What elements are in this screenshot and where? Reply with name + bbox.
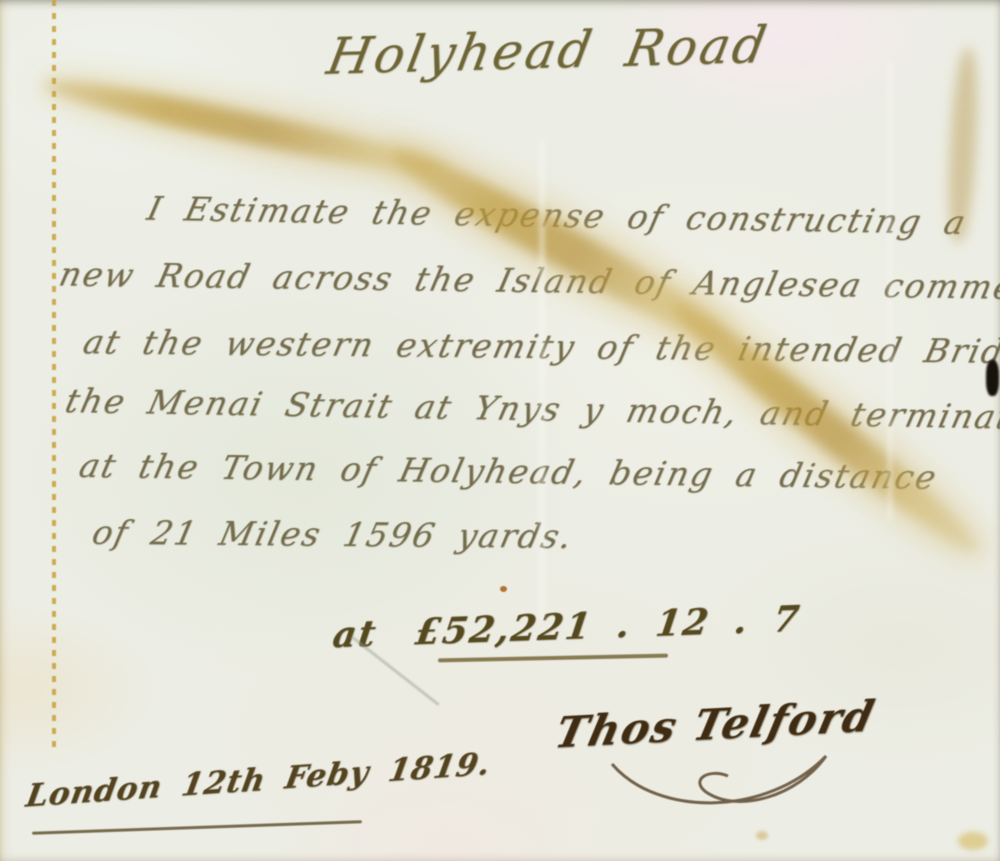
stain-band-2: [384, 135, 736, 354]
dateline: London 12th Feby 1819.: [23, 746, 493, 815]
brown-speck: [500, 586, 507, 592]
left-fold-line: [52, 0, 56, 748]
amount-value: £52,221 . 12 . 7: [413, 598, 804, 654]
body-line-1: I Estimate the expense of constructing a: [144, 189, 971, 242]
page-title: Holyhead Road: [323, 16, 774, 86]
ink-blot: [986, 360, 999, 396]
body-line-2: new Road across the Island of Anglesea c…: [56, 255, 1000, 309]
amount-underline: [438, 654, 668, 663]
signature-flourish: [598, 718, 848, 828]
amount-line: at £52,221 . 12 . 7: [330, 598, 803, 657]
body-line-5: at the Town of Holyhead, being a distanc…: [76, 446, 942, 497]
manuscript-page: Holyhead Road I Estimate the expense of …: [0, 0, 1000, 861]
dateline-underline: [32, 820, 362, 835]
body-line-3: at the western extremity of the intended…: [80, 322, 1000, 372]
amount-prefix: at: [330, 613, 380, 657]
body-line-4: the Menai Strait at Ynys y moch, and ter…: [62, 381, 1000, 437]
corner-stain-spot: [958, 832, 988, 850]
stain-band-1: [41, 70, 448, 185]
body-line-6: of 21 Miles 1596 yards.: [89, 513, 578, 556]
edge-stain-spot: [756, 831, 768, 840]
